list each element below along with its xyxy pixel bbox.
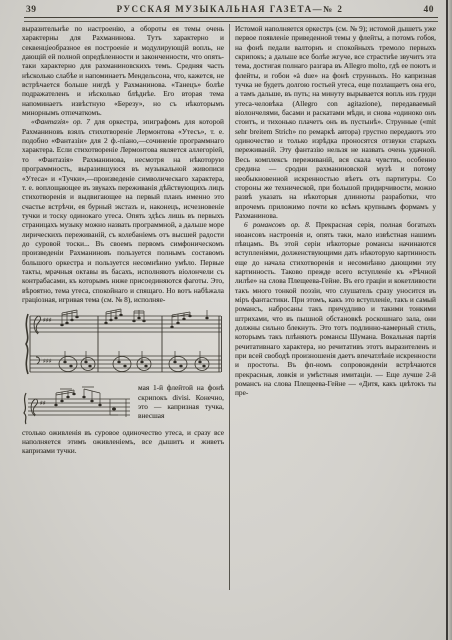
music-wrap-text: мая 1-й флейтой на фонѣ скрипокъ divisi.… — [134, 383, 224, 420]
running-header: 39 РУССКАЯ МУЗЫКАЛЬНАЯ ГАЗЕТА—№ 2 40 — [26, 4, 434, 15]
music-notation-fragment: ♯♯ — [22, 383, 134, 427]
header-rule — [24, 17, 438, 22]
right-column: Истомой наполняется оркестръ (см. № 9); … — [235, 24, 436, 634]
music-example-8: ♯♯♯♯♯♯ — [22, 307, 224, 381]
svg-text:♯♯: ♯♯ — [40, 400, 46, 407]
masthead-title: РУССКАЯ МУЗЫКАЛЬНАЯ ГАЗЕТА—№ 2 — [37, 4, 424, 14]
music-fragment-staff: ♯♯ — [22, 383, 132, 425]
svg-text:♯♯♯: ♯♯♯ — [43, 358, 52, 365]
svg-text:♯♯♯: ♯♯♯ — [43, 317, 52, 324]
text-columns: выразительнѣе по настроенію, а обороты е… — [22, 24, 436, 634]
paragraph-romances-op8: 6 романсовъ ор. 8. Прекрасная серія, пол… — [235, 220, 436, 398]
work-title-fantasia: «Фантазія» ор. 7 — [31, 117, 90, 126]
music-notation-grand-staff: ♯♯♯♯♯♯ — [22, 307, 224, 381]
page-edge-shadow — [448, 0, 452, 640]
left-column: выразительнѣе по настроенію, а обороты е… — [22, 24, 224, 634]
paragraph-orchestra-istoma: Истомой наполняется оркестръ (см. № 9); … — [235, 24, 436, 220]
paragraph-fantasia-text: для оркестра, эпиграфомъ для которой Рах… — [22, 117, 224, 304]
paragraph-continuation: выразительнѣе по настроенію, а обороты е… — [22, 24, 224, 117]
column-divider-rule — [229, 24, 230, 590]
paragraph-fantasia-op7: «Фантазія» ор. 7 для оркестра, эпиграфом… — [22, 117, 224, 304]
column-number-left: 39 — [26, 5, 37, 15]
paragraph-after-music: столько оживленія въ суровое одиночество… — [22, 428, 224, 456]
page-edge-line — [446, 0, 448, 640]
scanned-page: 39 РУССКАЯ МУЗЫКАЛЬНАЯ ГАЗЕТА—№ 2 40 выр… — [0, 0, 452, 640]
column-number-right: 40 — [424, 5, 435, 15]
work-title-romances: 6 романсовъ ор. 8. — [244, 220, 311, 229]
music-example-8-continuation-row: ♯♯ — [22, 383, 224, 427]
paragraph-romances-text: Прекрасная серія, полная богатыхъ нюансо… — [235, 220, 436, 397]
